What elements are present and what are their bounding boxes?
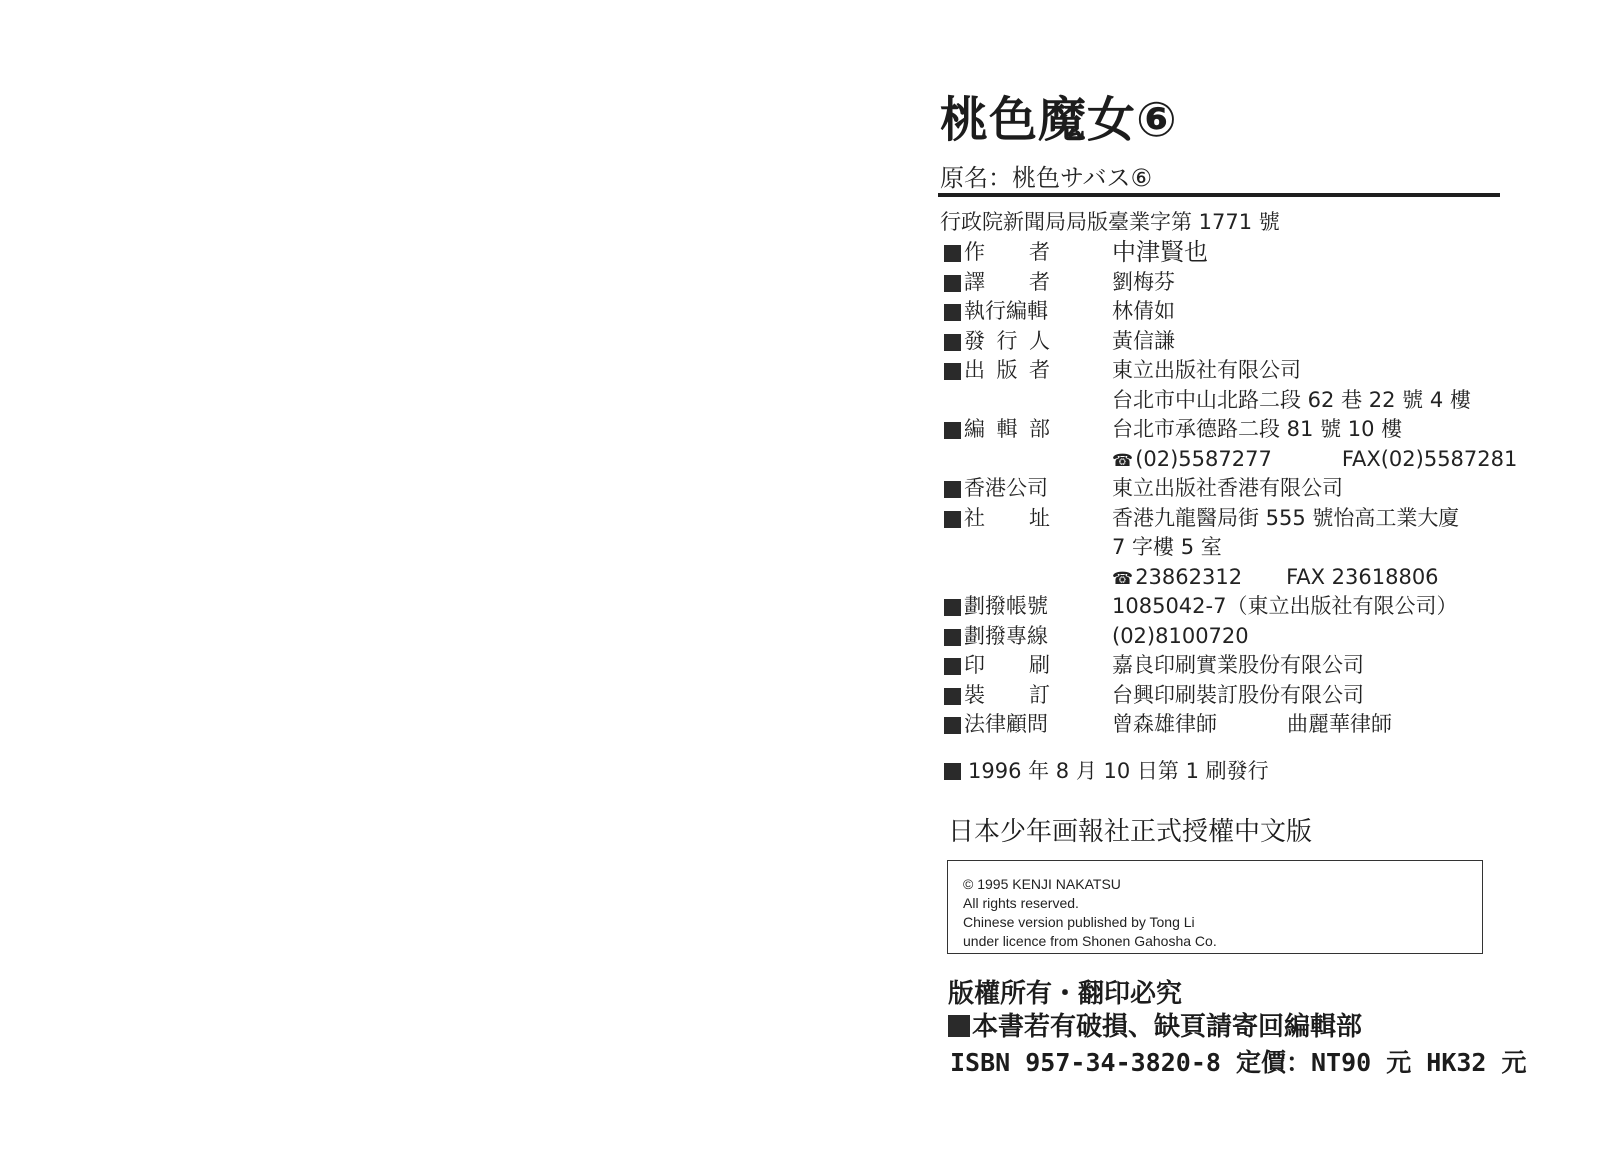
credit-row-hk-company: 香港公司 東立出版社香港有限公司	[944, 474, 1504, 504]
credit-row-postal-line: 劃撥專線 (02)8100720	[944, 622, 1504, 652]
bullet-square-icon	[944, 658, 961, 675]
bullet-square-icon	[944, 304, 961, 321]
bullet-square-icon	[944, 481, 961, 498]
credit-label: 發行人	[964, 327, 1050, 356]
credit-value: 東立出版社香港有限公司	[1112, 474, 1343, 503]
credit-label: 劃撥專線	[964, 622, 1050, 651]
credit-value: ☎(02)5587277FAX(02)5587281	[1112, 445, 1517, 476]
authorization-statement: 日本少年画報社正式授權中文版	[948, 815, 1312, 849]
credit-label: 裝訂	[964, 681, 1050, 710]
credit-value: 嘉良印刷實業股份有限公司	[1112, 651, 1364, 680]
damaged-notice: 本書若有破損、缺頁請寄回編輯部	[948, 1010, 1362, 1044]
credit-value: 台北市中山北路二段 62 巷 22 號 4 樓	[1112, 386, 1471, 415]
copyright-line: © 1995 KENJI NAKATSU	[963, 875, 1482, 894]
rights-reserved: 版權所有・翻印必究	[948, 977, 1182, 1011]
bullet-square-icon	[944, 363, 961, 380]
credit-row-printing: 印刷 嘉良印刷實業股份有限公司	[944, 651, 1504, 681]
credit-row-hk-phone: ☎23862312FAX 23618806	[944, 563, 1504, 593]
credit-label: 編輯部	[964, 415, 1050, 444]
bullet-square-icon	[944, 275, 961, 292]
original-title: 原名：桃色サバス⑥	[940, 163, 1152, 193]
bullet-square-icon	[944, 511, 961, 528]
colophon-page: 桃色魔女⑥ 原名：桃色サバス⑥ 行政院新聞局局版臺業字第 1771 號 作者 中…	[0, 0, 1606, 1170]
credit-value: 曾森雄律師曲麗華律師	[1112, 710, 1392, 739]
credit-row-editorial-dept: 編輯部 台北市承德路二段 81 號 10 樓	[944, 415, 1504, 445]
credit-value: 台興印刷裝訂股份有限公司	[1112, 681, 1364, 710]
phone-number: (02)5587277	[1135, 447, 1272, 471]
credit-row-editor: 執行編輯 林倩如	[944, 297, 1504, 327]
credit-label: 香港公司	[964, 474, 1050, 503]
credit-label: 印刷	[964, 651, 1050, 680]
telephone-icon: ☎	[1112, 451, 1133, 471]
credit-value: 東立出版社有限公司	[1112, 356, 1301, 385]
copyright-box: © 1995 KENJI NAKATSU All rights reserved…	[947, 860, 1483, 954]
copyright-line: under licence from Shonen Gahosha Co.	[963, 932, 1482, 951]
credit-row-publisher-address: 台北市中山北路二段 62 巷 22 號 4 樓	[944, 386, 1504, 416]
credit-row-hk-address-2: 7 字樓 5 室	[944, 533, 1504, 563]
fax-number: FAX 23618806	[1286, 565, 1438, 589]
credit-value: 香港九龍醫局街 555 號怡高工業大廈	[1112, 504, 1459, 533]
credit-value: 台北市承德路二段 81 號 10 樓	[1112, 415, 1402, 444]
credit-label: 法律顧問	[964, 710, 1050, 739]
phone-number: 23862312	[1135, 565, 1242, 589]
credit-value: 中津賢也	[1112, 238, 1208, 267]
copyright-line: Chinese version published by Tong Li	[963, 913, 1482, 932]
isbn-price: ISBN 957-34-3820-8 定價：NT90 元 HK32 元	[950, 1046, 1527, 1080]
credit-label: 社址	[964, 504, 1050, 533]
credit-value: 1085042-7（東立出版社有限公司）	[1112, 592, 1457, 621]
issue-date: 1996 年 8 月 10 日第 1 刷發行	[944, 757, 1269, 785]
bullet-square-icon	[944, 599, 961, 616]
credit-row-publisher: 出版者 東立出版社有限公司	[944, 356, 1504, 386]
telephone-icon: ☎	[1112, 569, 1133, 589]
credit-label: 執行編輯	[964, 297, 1050, 326]
copyright-line: All rights reserved.	[963, 894, 1482, 913]
credit-row-legal: 法律顧問 曾森雄律師曲麗華律師	[944, 710, 1504, 740]
book-title: 桃色魔女⑥	[940, 92, 1178, 148]
license-number: 行政院新聞局局版臺業字第 1771 號	[940, 208, 1280, 236]
credits-list: 作者 中津賢也 譯者 劉梅芬 執行編輯 林倩如 發行人 黃信謙 出版者 東立出版…	[944, 238, 1504, 740]
credit-value: 林倩如	[1112, 297, 1175, 326]
credit-row-author: 作者 中津賢也	[944, 238, 1504, 268]
credit-row-editorial-phone: ☎(02)5587277FAX(02)5587281	[944, 445, 1504, 475]
credit-label: 作者	[964, 238, 1050, 267]
bullet-square-icon	[944, 422, 961, 439]
credit-label: 譯者	[964, 268, 1050, 297]
bullet-square-icon	[944, 717, 961, 734]
bullet-square-icon	[944, 763, 961, 780]
credit-label: 出版者	[964, 356, 1050, 385]
credit-value: 7 字樓 5 室	[1112, 533, 1222, 562]
credit-row-hk-address: 社址 香港九龍醫局街 555 號怡高工業大廈	[944, 504, 1504, 534]
fax-number: FAX(02)5587281	[1342, 447, 1518, 471]
credit-row-binding: 裝訂 台興印刷裝訂股份有限公司	[944, 681, 1504, 711]
credit-row-publisher-person: 發行人 黃信謙	[944, 327, 1504, 357]
divider-rule	[938, 193, 1500, 197]
credit-row-postal-account: 劃撥帳號 1085042-7（東立出版社有限公司）	[944, 592, 1504, 622]
bullet-square-icon	[948, 1015, 970, 1037]
credit-value: (02)8100720	[1112, 622, 1249, 651]
credit-label: 劃撥帳號	[964, 592, 1050, 621]
credit-value: 黃信謙	[1112, 327, 1175, 356]
bullet-square-icon	[944, 334, 961, 351]
credit-value: ☎23862312FAX 23618806	[1112, 563, 1439, 594]
bullet-square-icon	[944, 688, 961, 705]
credit-value: 劉梅芬	[1112, 268, 1175, 297]
credit-row-translator: 譯者 劉梅芬	[944, 268, 1504, 298]
bullet-square-icon	[944, 245, 961, 262]
bullet-square-icon	[944, 629, 961, 646]
